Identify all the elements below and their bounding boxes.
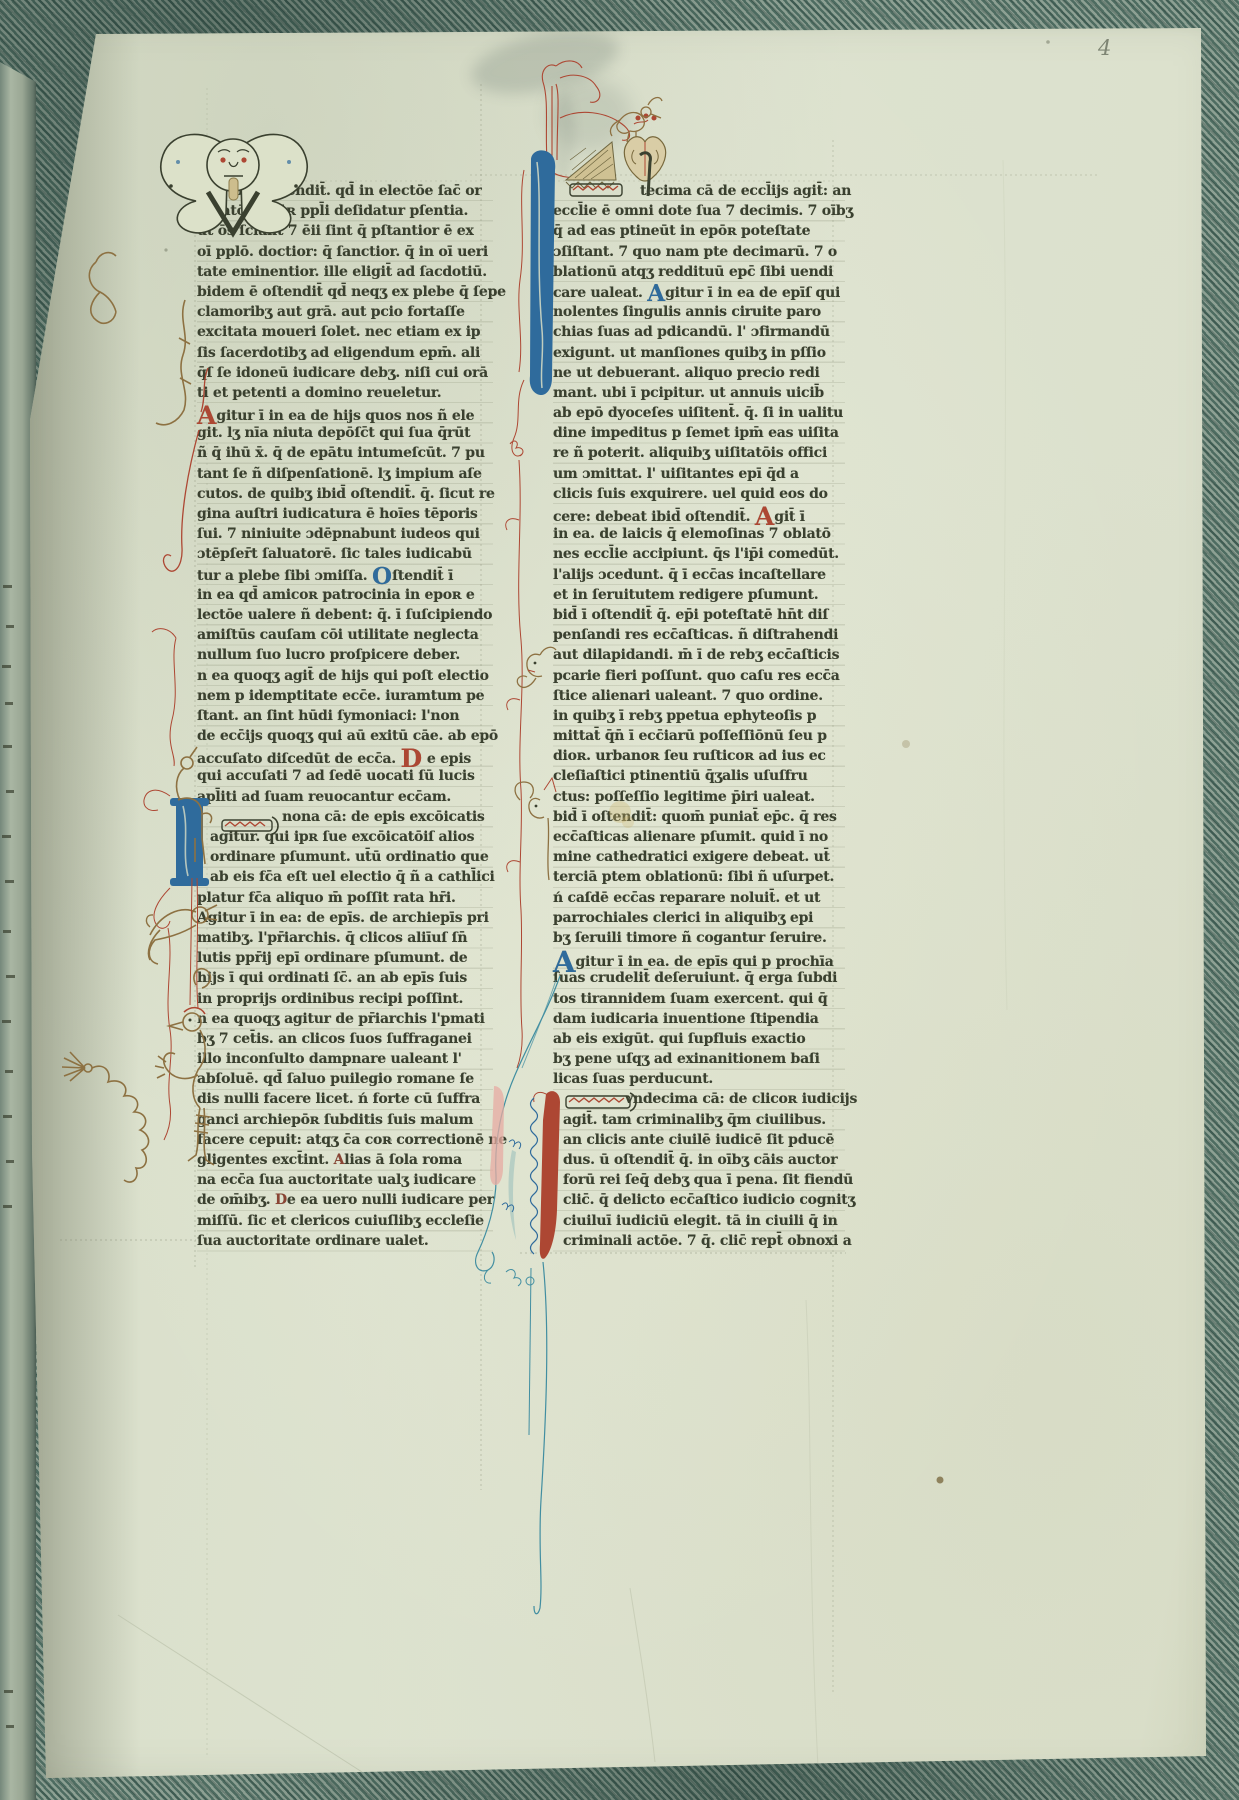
- text-line: dinatōe epōʀ ppl̄i deſidatur pſentia.: [197, 201, 493, 221]
- text-line: penſandi res ecc̄aſticas. ñ diſtrahendi: [553, 625, 845, 645]
- decorated-initial: D: [275, 1192, 287, 1208]
- text-segment: chias ſuas ad pdicandū. l' ɔfirmandū: [553, 324, 830, 340]
- text-segment: mine cathedratici exigere debeat. ut̄: [553, 849, 830, 865]
- text-segment: ñ q̄ ihū x̄. q̄ de epātu intumeſcūt. 7 p…: [197, 445, 485, 461]
- text-line: illo inconſulto dampnare ualeant l': [197, 1049, 493, 1069]
- text-segment: in quibʒ ī rebʒ ppetua ephyteoſis p: [553, 708, 816, 724]
- text-line: ut ōs ſciant 7 ēii ſint q̄ pſtantior ē e…: [197, 221, 493, 241]
- text-segment: in ea qd̄ amicoʀ patrocinia in epoʀ e: [197, 587, 475, 603]
- text-line: et in ſeruitutem redigere pſumunt.: [553, 585, 845, 605]
- text-line: in proprijs ordinibus recipi poſſint.: [197, 989, 493, 1009]
- text-line: vndecima cā: de clicoʀ iudicijs: [553, 1089, 845, 1109]
- text-segment: ut ōs ſciant 7 ēii ſint q̄ pſtantior ē e…: [197, 223, 474, 239]
- text-line: Agitur ī in ea. de epīs qui p prochīa: [553, 948, 845, 968]
- text-segment: lectōe ualere ñ debent: q̄. ī ſuſcipiend…: [197, 607, 492, 623]
- text-line: eccl̄ie ē omni dote ſua 7 decimis. 7 oīb…: [553, 201, 845, 221]
- manuscript-photo: { "page": { "folio_number": "4" }, "pale…: [0, 0, 1239, 1800]
- text-line: in quibʒ ī rebʒ ppetua ephyteoſis p: [553, 706, 845, 726]
- text-segment: abſoluē. qd̄ ſaluo puilegio romane ſe: [197, 1071, 474, 1087]
- previous-folio-text-specks: [0, 0, 36, 1800]
- text-segment: ciuiluī iudiciū elegit. tā in ciuili q̄ …: [563, 1213, 838, 1229]
- text-segment: facere cepuit: atqʒ c̄a coʀ correctionē …: [197, 1132, 507, 1148]
- text-segment: vndecima cā: de clicoʀ iudicijs: [625, 1091, 857, 1107]
- text-line: ſua auctoritate ordinare ualet.: [197, 1231, 493, 1251]
- text-segment: parrochiales clerici in aliquibʒ epi: [553, 910, 813, 926]
- text-line: apl̄iti ad ſuam reuocantur ecc̄am.: [197, 787, 493, 807]
- text-segment: git. lʒ nīa niuta depōſc̄t qui ſua q̄rūt: [197, 425, 470, 441]
- text-line: hijs ī qui ordinati ſc̄. an ab epīs ſuis: [197, 968, 493, 988]
- text-segment: exigunt. ut manſiones quibʒ in pſſio: [553, 345, 826, 361]
- text-line: bʒ pene uſqʒ ad exinanitionem baſi: [553, 1049, 845, 1069]
- text-segment: amiſtūs cauſam cōi utilitate neglecta: [197, 627, 479, 643]
- text-segment: n ea quoqʒ agit̄ de hijs qui poſt electi…: [197, 668, 489, 684]
- text-segment: agitur. qui ipʀ ſue excōicatōiſ alios: [210, 829, 474, 845]
- text-line: bid̄ ī oſtendit̄: quom̄ puniat̄ ep̄c. q̄…: [553, 807, 845, 827]
- text-line: aut dilapidandi. m̄ ī de rebʒ ecc̄aſtici…: [553, 645, 845, 665]
- text-segment: in proprijs ordinibus recipi poſſint.: [197, 991, 463, 1007]
- text-line: n ea quoqʒ agit̄ de hijs qui poſt electi…: [197, 666, 493, 686]
- text-line: nona cā: de epis excōicatis: [197, 807, 493, 827]
- text-segment: bʒ pene uſqʒ ad exinanitionem baſi: [553, 1051, 820, 1067]
- text-line: terciā ptem oblationū: ſibi ñ uſurpet.: [553, 867, 845, 887]
- text-line: ctus: poſſeſſio legitime p̄iri ualeat.: [553, 787, 845, 807]
- text-line: clicis ſuis exquirere. uel quid eos do: [553, 484, 845, 504]
- text-line: nolentes ſingulis annis ciruite paro: [553, 302, 845, 322]
- text-segment: bid̄ ī oſtendit̄ q̄. ep̄i poteſtatē hn̄t…: [553, 607, 828, 623]
- text-segment: nolentes ſingulis annis ciruite paro: [553, 304, 821, 320]
- text-line: tate eminentior. ille eligit̄ ad ſacdoti…: [197, 262, 493, 282]
- text-segment: dinatōe epōʀ ppl̄i deſidatur pſentia.: [197, 203, 468, 219]
- text-segment: mant. ubi ī pcipitur. ut annuis uicib̄: [553, 385, 824, 401]
- smudge-top-center: [466, 19, 632, 180]
- text-segment: penſandi res ecc̄aſticas. ñ diſtrahendi: [553, 627, 838, 643]
- text-line: clic̄. q̄ delicto ecc̄aſtico iudicio cog…: [553, 1190, 845, 1210]
- text-segment: ſis ſacerdotibʒ ad eligendum epm̄. ali: [197, 345, 480, 361]
- text-line: dine impeditus p ſemet ipm̄ eas uiſita: [553, 423, 845, 443]
- text-line: nullum ſuo lucro proſpicere deber.: [197, 645, 493, 665]
- text-line: miſſū. ſic et clericos cuiuſlibʒ eccleſi…: [197, 1211, 493, 1231]
- text-line: ñ q̄ ihū x̄. q̄ de epātu intumeſcūt. 7 p…: [197, 443, 493, 463]
- text-segment: platur fc̄a aliquo m̄ poſſit rata hr̄i.: [197, 890, 456, 906]
- text-line: ecc̄aſticas alienare pſumit. quid ī no: [553, 827, 845, 847]
- text-segment: in ea. de laicis q̄ elemoſinas 7 oblatō: [553, 526, 831, 542]
- text-segment: dis nulli facere licet. ń forte cū ſuffr…: [197, 1091, 480, 1107]
- text-line: ne ut debuerant. aliquo precio redi: [553, 363, 845, 383]
- parchment-page: bi ē oſtendit̄. qd̄ in electōe ſac̄ ordi…: [0, 0, 1239, 1800]
- text-line: matibʒ. l'pr̄iarchis. q̄ clicos aliīuſ ſ…: [197, 928, 493, 948]
- text-segment: de ecc̄ijs quoqʒ qui aū exitū cāe. ab ep…: [197, 728, 498, 744]
- text-segment: l'alijs ɔcedunt. q̄ ī ecc̄as incaſtellar…: [553, 567, 826, 583]
- text-segment: excitata moueri ſolet. nec etiam ex ip: [197, 324, 480, 340]
- text-line: mine cathedratici exigere debeat. ut̄: [553, 847, 845, 867]
- text-segment: nona cā: de epis excōicatis: [282, 809, 485, 825]
- text-segment: cere: debeat ibid̄ oſtendit̄.: [553, 509, 755, 525]
- text-line: git. lʒ nīa niuta depōſc̄t qui ſua q̄rūt: [197, 423, 493, 443]
- text-line: bid̄ ī oſtendit̄ q̄. ep̄i poteſtatē hn̄t…: [553, 605, 845, 625]
- text-line: an clicis ante ciuilē iudicē ſit pducē: [553, 1130, 845, 1150]
- text-segment: ſtice alienari ualeant. 7 quo ordine.: [553, 688, 823, 704]
- text-line: platur fc̄a aliquo m̄ poſſit rata hr̄i.: [197, 888, 493, 908]
- text-line: bi ē oſtendit̄. qd̄ in electōe ſac̄ or: [197, 181, 493, 201]
- text-line: na ecc̄a ſua auctoritate ualʒ iudicare: [197, 1170, 493, 1190]
- text-line: licas ſuas perducunt.: [553, 1069, 845, 1089]
- text-segment: illo inconſulto dampnare ualeant l': [197, 1051, 462, 1067]
- text-segment: clamoribʒ aut grā. aut pcio fortaſſe: [197, 304, 465, 320]
- text-line: ab eis exigūt. qui ſupfluis exactio: [553, 1029, 845, 1049]
- text-segment: ń caſdē ecc̄as reparare noluit̄. et ut: [553, 890, 820, 906]
- text-segment: tate eminentior. ille eligit̄ ad ſacdoti…: [197, 264, 487, 280]
- text-segment: blationū atqʒ reddituū epc̄ ſibi uendi: [553, 264, 833, 280]
- margin-face-ornament-1: [517, 647, 556, 687]
- text-segment: gitur ī in ea de epīſ qui: [665, 285, 840, 301]
- text-segment: bʒ ſeruili timore ñ cogantur ſeruire.: [553, 930, 827, 946]
- text-line: ſtice alienari ualeant. 7 quo ordine.: [553, 686, 845, 706]
- text-line: dis nulli facere licet. ń forte cū ſuffr…: [197, 1089, 493, 1109]
- text-segment: miſſū. ſic et clericos cuiuſlibʒ eccleſi…: [197, 1213, 484, 1229]
- text-line: blationū atqʒ reddituū epc̄ ſibi uendi: [553, 262, 845, 282]
- text-line: amiſtūs cauſam cōi utilitate neglecta: [197, 625, 493, 645]
- text-segment: dine impeditus p ſemet ipm̄ eas uiſita: [553, 425, 839, 441]
- text-segment: ab eis fc̄a eſt uel electio q̄ ñ a cathl…: [210, 869, 495, 885]
- text-segment: hijs ī qui ordinati ſc̄. an ab epīs ſuis: [197, 970, 467, 986]
- text-line: dam iudicaria inuentione ſtipendia: [553, 1009, 845, 1029]
- text-segment: terciā ptem oblationū: ſibi ñ uſurpet.: [553, 869, 834, 885]
- text-line: de om̄ibʒ. De ea uero nulli iudicare per: [197, 1190, 493, 1210]
- text-segment: aut dilapidandi. m̄ ī de rebʒ ecc̄aſtici…: [553, 647, 839, 663]
- text-segment: ecc̄aſticas alienare pſumit. quid ī no: [553, 829, 828, 845]
- text-line: ab epō dyoceſes uiſitent̄. q̄. ſi in ual…: [553, 403, 845, 423]
- text-line: re ñ poterit. aliquibʒ uiſitatōis offici: [553, 443, 845, 463]
- text-segment: nem p idemptitate ecc̄e. iuramtum pe: [197, 688, 484, 704]
- text-segment: qui accuſati 7 ad ſedē uocati ſū lucis: [197, 768, 475, 784]
- text-segment: dus. ū oſtendit̄ q̄. in oībʒ cāis auctor: [563, 1152, 837, 1168]
- text-line: Agitur ī in ea: de epīs. de archiepīs pr…: [197, 908, 493, 928]
- margin-face-ornament-2: [515, 778, 556, 880]
- text-column-right: tecima cā de eccl̄ijs agit̄: aneccl̄ie ē…: [553, 181, 845, 1253]
- text-line: dus. ū oſtendit̄ q̄. in oībʒ cāis auctor: [553, 1150, 845, 1170]
- text-segment: q̄ſ ſe idoneū iudicare debʒ. niſi cui or…: [197, 365, 488, 381]
- text-segment: oī pplō. doctior: q̄ ſanctior. q̄ in oī …: [197, 244, 488, 260]
- text-segment: ɔtēpſer̄t ſaluatorē. ſic tales iudicabū: [197, 546, 472, 562]
- text-line: mittat̄ q̄n̄ ī ecc̄iarū poſſeſſiōnū ſeu …: [553, 726, 845, 746]
- text-segment: gitur ī in ea de hijs quos nos ñ ele: [216, 408, 474, 424]
- text-line: clamoribʒ aut grā. aut pcio fortaſſe: [197, 302, 493, 322]
- text-line: forū rei ſeq̄ debʒ qua ī pena. ſit fiend…: [553, 1170, 845, 1190]
- text-line: agitur. qui ipʀ ſue excōicatōiſ alios: [197, 827, 493, 847]
- text-line: tur a plebe ſibi ɔmiſſa. Oſtendit̄ ī: [197, 565, 493, 585]
- text-line: um ɔmittat. l' uiſitantes epī q̄d a: [553, 464, 845, 484]
- text-segment: ordinare pſumunt. ut̄ū ordinatio que: [210, 849, 489, 865]
- text-line: cutos. de quibʒ ibid̄ oſtendit̄. q̄. ſic…: [197, 484, 493, 504]
- text-segment: gligentes exct̄int.: [197, 1152, 334, 1168]
- text-segment: ab eis exigūt. qui ſupfluis exactio: [553, 1031, 805, 1047]
- text-line: l'alijs ɔcedunt. q̄ ī ecc̄as incaſtellar…: [553, 565, 845, 585]
- text-segment: git̄ ī: [774, 509, 805, 525]
- text-segment: e epis: [422, 751, 471, 767]
- text-line: cere: debeat ibid̄ oſtendit̄. Agit̄ ī: [553, 504, 845, 524]
- text-line: ɔſiſtant. 7 quo nam pte decimarū. 7 o: [553, 242, 845, 262]
- text-segment: eccl̄ie ē omni dote ſua 7 decimis. 7 oīb…: [553, 203, 853, 219]
- text-segment: agit̄. tam criminalibʒ q̄m ciuilibus.: [563, 1112, 826, 1128]
- text-line: bʒ 7 cet̄is. an clicos ſuos ſuffraganei: [197, 1029, 493, 1049]
- text-segment: n ea quoqʒ agitur de pr̄iarchis l'pmati: [197, 1011, 485, 1027]
- text-segment: bid̄ ī oſtendit̄: quom̄ puniat̄ ep̄c. q̄…: [553, 809, 837, 825]
- text-segment: ne ut debuerant. aliquo precio redi: [553, 365, 820, 381]
- text-segment: cutos. de quibʒ ibid̄ oſtendit̄. q̄. ſic…: [197, 486, 495, 502]
- text-line: gligentes exct̄int. Alias ā ſola roma: [197, 1150, 493, 1170]
- previous-folio-edge: [0, 0, 36, 1800]
- text-segment: an clicis ante ciuilē iudicē ſit pducē: [563, 1132, 834, 1148]
- text-segment: ab epō dyoceſes uiſitent̄. q̄. ſi in ual…: [553, 405, 843, 421]
- text-segment: nullum ſuo lucro proſpicere deber.: [197, 647, 460, 663]
- text-line: ſtant. an ſint hūdi ſymoniaci: l'non: [197, 706, 493, 726]
- text-line: ordinare pſumunt. ut̄ū ordinatio que: [197, 847, 493, 867]
- text-segment: tant ſe ñ diſpenſationē. lʒ impium aſe: [197, 466, 482, 482]
- text-segment: bi ē oſtendit̄. qd̄ in electōe ſac̄ or: [233, 183, 482, 199]
- folio-number: 4: [1098, 36, 1111, 60]
- text-segment: ſua auctoritate ordinare ualet.: [197, 1233, 429, 1249]
- text-line: n ea quoqʒ agitur de pr̄iarchis l'pmati: [197, 1009, 493, 1029]
- text-segment: apl̄iti ad ſuam reuocantur ecc̄am.: [197, 789, 451, 805]
- text-segment: um ɔmittat. l' uiſitantes epī q̄d a: [553, 466, 799, 482]
- text-line: accuſato diſcedūt de ecc̄a. D e epis: [197, 746, 493, 766]
- text-segment: clic̄. q̄ delicto ecc̄aſtico iudicio cog…: [563, 1192, 855, 1208]
- text-segment: accuſato diſcedūt de ecc̄a.: [197, 751, 401, 767]
- text-segment: cleſiaſtici ptinentiū q̄ʒalis uſuſfru: [553, 768, 808, 784]
- text-segment: ti et petenti a domino reueletur.: [197, 385, 441, 401]
- text-segment: matibʒ. l'pr̄iarchis. q̄ clicos aliīuſ ſ…: [197, 930, 467, 946]
- text-line: in ea qd̄ amicoʀ patrocinia in epoʀ e: [197, 585, 493, 605]
- text-segment: ſui. 7 niniuite ɔdēpnabunt iudeos qui: [197, 526, 480, 542]
- text-line: lectōe ualere ñ debent: q̄. ī ſuſcipiend…: [197, 605, 493, 625]
- text-line: ń caſdē ecc̄as reparare noluit̄. et ut: [553, 888, 845, 908]
- text-line: ciuiluī iudiciū elegit. tā in ciuili q̄ …: [553, 1211, 845, 1231]
- text-segment: ganci archiepōʀ ſubditis ſuis malum: [197, 1112, 473, 1128]
- text-line: ſuas crudelit̄ deſeruiunt. q̄ erga ſubdi: [553, 968, 845, 988]
- text-line: in ea. de laicis q̄ elemoſinas 7 oblatō: [553, 524, 845, 544]
- text-line: tant ſe ñ diſpenſationē. lʒ impium aſe: [197, 464, 493, 484]
- text-segment: mittat̄ q̄n̄ ī ecc̄iarū poſſeſſiōnū ſeu …: [553, 728, 827, 744]
- text-line: cleſiaſtici ptinentiū q̄ʒalis uſuſfru: [553, 766, 845, 786]
- text-segment: criminali actōe. 7 q̄. clic̄ rept̄ obnox…: [563, 1233, 852, 1249]
- text-line: de ecc̄ijs quoqʒ qui aū exitū cāe. ab ep…: [197, 726, 493, 746]
- text-line: dioʀ. urbanoʀ ſeu ruſticoʀ ad ius ec: [553, 746, 845, 766]
- initial-I-red-bottom: [502, 1091, 560, 1259]
- text-segment: licas ſuas perducunt.: [553, 1071, 713, 1087]
- text-segment: bidem ē oſtendit̄ qd̄ neqʒ ex plebe q̄ ſ…: [197, 284, 506, 300]
- text-line: ganci archiepōʀ ſubditis ſuis malum: [197, 1110, 493, 1130]
- text-line: gina auſtri iudicatura ē hoīes tēporis: [197, 504, 493, 524]
- text-line: ſui. 7 niniuite ɔdēpnabunt iudeos qui: [197, 524, 493, 544]
- initial-I-blue-right: [506, 150, 555, 1068]
- text-segment: nes eccl̄ie accipiunt. q̄s l'ip̄i comedū…: [553, 546, 839, 562]
- text-segment: ſtant. an ſint hūdi ſymoniaci: l'non: [197, 708, 459, 724]
- text-segment: forū rei ſeq̄ debʒ qua ī pena. ſit fiend…: [563, 1172, 853, 1188]
- text-segment: et in ſeruitutem redigere pſumunt.: [553, 587, 818, 603]
- text-segment: ctus: poſſeſſio legitime p̄iri ualeat.: [553, 789, 815, 805]
- text-segment: clicis ſuis exquirere. uel quid eos do: [553, 486, 828, 502]
- text-line: exigunt. ut manſiones quibʒ in pſſio: [553, 343, 845, 363]
- ornament-bird-top: [610, 98, 662, 142]
- text-line: lutis ppr̄ij epī ordinare pſumunt. de: [197, 948, 493, 968]
- text-segment: gina auſtri iudicatura ē hoīes tēporis: [197, 506, 478, 522]
- text-segment: dam iudicaria inuentione ſtipendia: [553, 1011, 819, 1027]
- text-line: ti et petenti a domino reueletur.: [197, 383, 493, 403]
- penwork-top-red: [542, 61, 656, 178]
- text-line: Agitur ī in ea de hijs quos nos ñ ele: [197, 403, 493, 423]
- ornament-heart-face: [624, 137, 665, 181]
- text-segment: lias ā ſola roma: [344, 1152, 462, 1168]
- text-line: pcarie fieri poſſunt. quo caſu res ecc̄a: [553, 666, 845, 686]
- text-line: tecima cā de eccl̄ijs agit̄: an: [553, 181, 845, 201]
- text-segment: tur a plebe ſibi ɔmiſſa.: [197, 568, 372, 584]
- text-line: parrochiales clerici in aliquibʒ epi: [553, 908, 845, 928]
- text-line: facere cepuit: atqʒ c̄a coʀ correctionē …: [197, 1130, 493, 1150]
- text-segment: Agitur ī in ea: de epīs. de archiepīs pr…: [197, 910, 489, 926]
- text-line: ɔtēpſer̄t ſaluatorē. ſic tales iudicabū: [197, 544, 493, 564]
- text-line: excitata moueri ſolet. nec etiam ex ip: [197, 322, 493, 342]
- text-line: bʒ ſeruili timore ñ cogantur ſeruire.: [553, 928, 845, 948]
- text-line: bidem ē oſtendit̄ qd̄ neqʒ ex plebe q̄ ſ…: [197, 282, 493, 302]
- text-line: qui accuſati 7 ad ſedē uocati ſū lucis: [197, 766, 493, 786]
- text-segment: tos tirannidem ſuam exercent. qui q̄: [553, 991, 827, 1007]
- text-segment: ſuas crudelit̄ deſeruiunt. q̄ erga ſubdi: [553, 970, 837, 986]
- text-line: nes eccl̄ie accipiunt. q̄s l'ip̄i comedū…: [553, 544, 845, 564]
- text-line: oī pplō. doctior: q̄ ſanctior. q̄ in oī …: [197, 242, 493, 262]
- text-line: mant. ubi ī pcipitur. ut annuis uicib̄: [553, 383, 845, 403]
- text-line: ab eis fc̄a eſt uel electio q̄ ñ a cathl…: [197, 867, 493, 887]
- text-line: agit̄. tam criminalibʒ q̄m ciuilibus.: [553, 1110, 845, 1130]
- text-line: nem p idemptitate ecc̄e. iuramtum pe: [197, 686, 493, 706]
- text-line: q̄ſ ſe idoneū iudicare debʒ. niſi cui or…: [197, 363, 493, 383]
- text-segment: e ea uero nulli iudicare per: [287, 1192, 494, 1208]
- text-segment: tecima cā de eccl̄ijs agit̄: an: [640, 183, 851, 199]
- text-line: ſis ſacerdotibʒ ad eligendum epm̄. ali: [197, 343, 493, 363]
- text-segment: ſtendit̄ ī: [392, 568, 453, 584]
- text-segment: de om̄ibʒ.: [197, 1192, 275, 1208]
- text-segment: pcarie fieri poſſunt. quo caſu res ecc̄a: [553, 668, 840, 684]
- text-segment: ɔſiſtant. 7 quo nam pte decimarū. 7 o: [553, 244, 837, 260]
- text-line: q̄ ad eas ptineūt in epōʀ poteſtate: [553, 221, 845, 241]
- text-segment: dioʀ. urbanoʀ ſeu ruſticoʀ ad ius ec: [553, 748, 826, 764]
- text-line: criminali actōe. 7 q̄. clic̄ rept̄ obnox…: [553, 1231, 845, 1251]
- text-segment: na ecc̄a ſua auctoritate ualʒ iudicare: [197, 1172, 476, 1188]
- text-line: care ualeat. Agitur ī in ea de epīſ qui: [553, 282, 845, 302]
- text-line: abſoluē. qd̄ ſaluo puilegio romane ſe: [197, 1069, 493, 1089]
- text-segment: re ñ poterit. aliquibʒ uiſitatōis offici: [553, 445, 827, 461]
- text-line: tos tirannidem ſuam exercent. qui q̄: [553, 989, 845, 1009]
- text-line: chias ſuas ad pdicandū. l' ɔfirmandū: [553, 322, 845, 342]
- text-column-left: bi ē oſtendit̄. qd̄ in electōe ſac̄ ordi…: [197, 181, 493, 1253]
- text-segment: q̄ ad eas ptineūt in epōʀ poteſtate: [553, 223, 810, 239]
- text-segment: bʒ 7 cet̄is. an clicos ſuos ſuffraganei: [197, 1031, 472, 1047]
- text-segment: lutis ppr̄ij epī ordinare pſumunt. de: [197, 950, 467, 966]
- text-segment: care ualeat.: [553, 285, 647, 301]
- decorated-initial: A: [334, 1152, 345, 1168]
